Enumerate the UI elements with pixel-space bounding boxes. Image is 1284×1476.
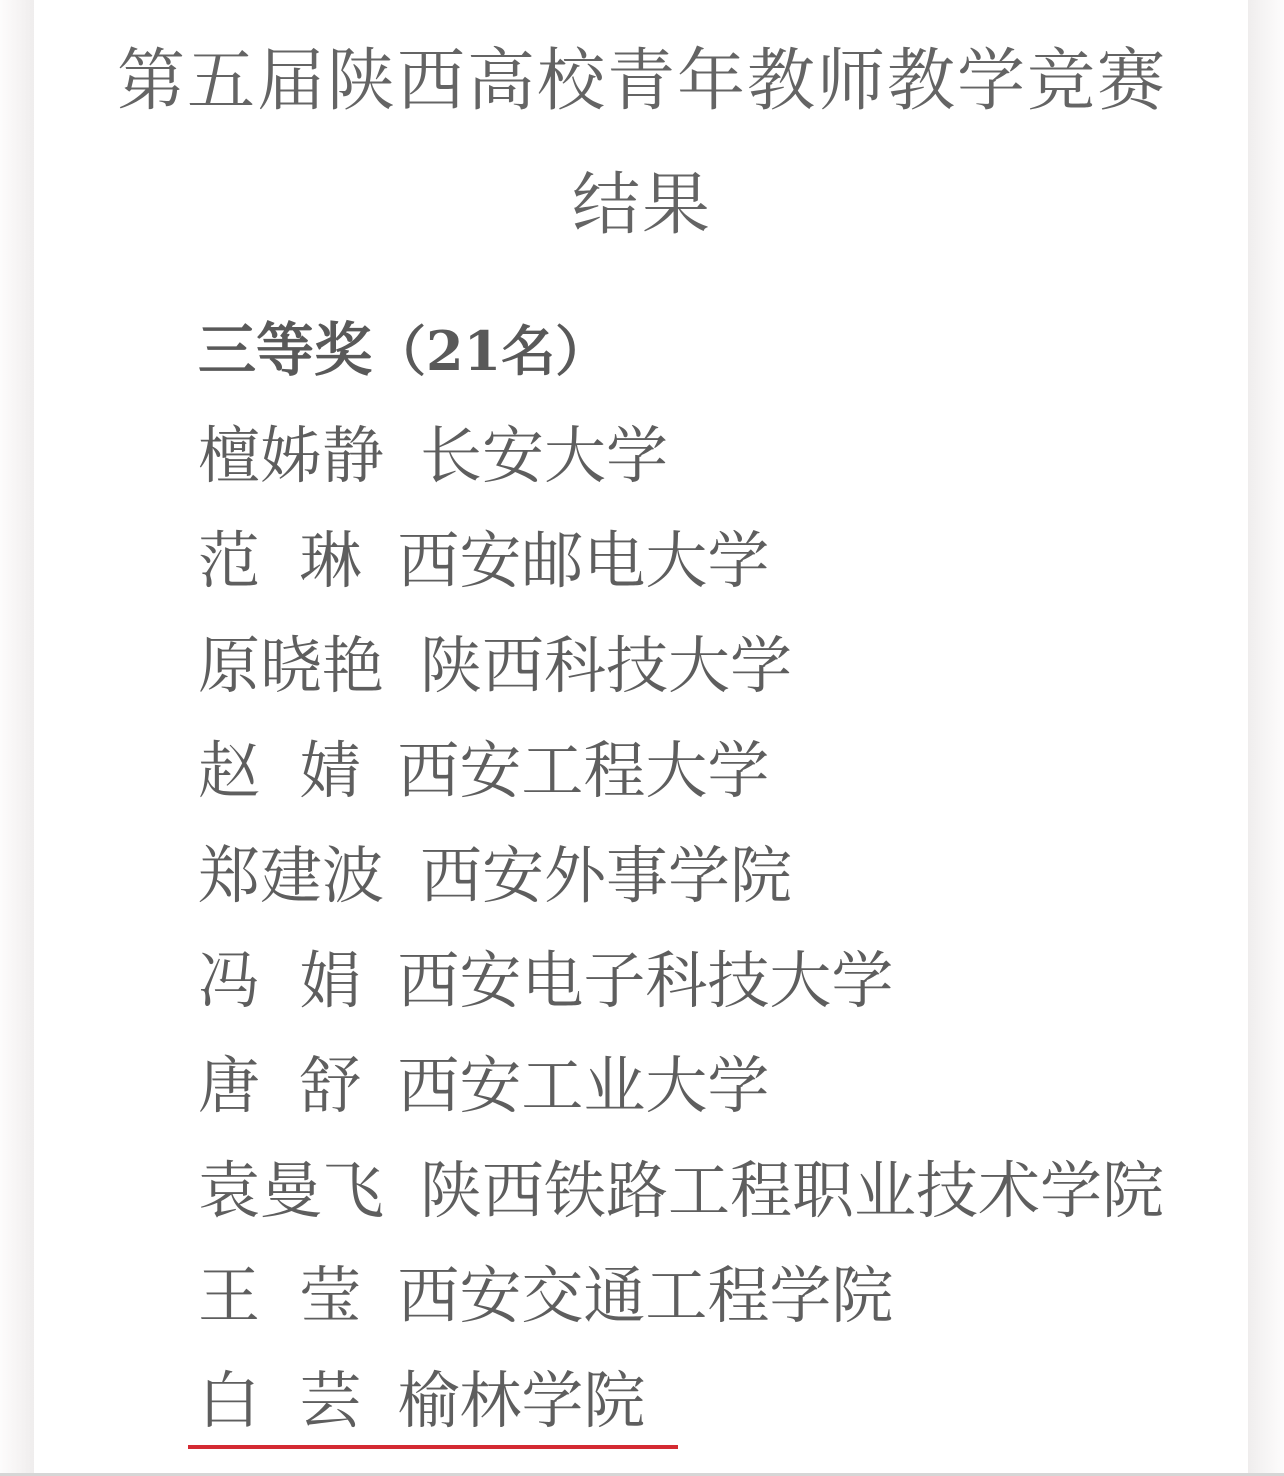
winner-school: 西安工业大学 [397,1050,769,1122]
winner-school: 榆林学院 [397,1365,645,1437]
winner-school: 西安邮电大学 [397,525,769,597]
award-count: （21名） [372,319,609,383]
winner-name: 檀姊静 [198,420,384,492]
document-title: 第五届陕西高校青年教师教学竞赛 结果 [0,20,1284,268]
winner-name: 王 莹 [198,1260,361,1332]
winner-row: 原晓艳 陕西科技大学 [198,630,1164,735]
winner-row: 赵 婧 西安工程大学 [198,735,1164,840]
red-underline-mark [188,1445,678,1449]
winner-name: 冯 娟 [198,945,361,1017]
winner-school: 陕西铁路工程职业技术学院 [420,1155,1164,1227]
winner-name: 郑建波 [198,840,384,912]
title-line-2: 结果 [0,144,1284,268]
winner-school: 西安工程大学 [397,735,769,807]
winner-row: 冯 娟 西安电子科技大学 [198,945,1164,1050]
winner-name: 袁曼飞 [198,1155,384,1227]
title-line-1: 第五届陕西高校青年教师教学竞赛 [0,20,1284,144]
winner-school: 西安电子科技大学 [397,945,893,1017]
winner-name: 原晓艳 [198,630,384,702]
winner-row: 白 芸 榆林学院 [198,1365,1164,1470]
winner-row: 檀姊静 长安大学 [198,420,1164,525]
winner-row: 王 莹 西安交通工程学院 [198,1260,1164,1365]
winner-row: 范 琳 西安邮电大学 [198,525,1164,630]
winner-row: 唐 舒 西安工业大学 [198,1050,1164,1155]
page: 第五届陕西高校青年教师教学竞赛 结果 三等奖（21名） 檀姊静 长安大学 范 琳… [0,0,1284,1476]
winners-list: 檀姊静 长安大学 范 琳 西安邮电大学 原晓艳 陕西科技大学 赵 婧 西安工程大… [198,420,1164,1470]
winner-school: 陕西科技大学 [420,630,792,702]
winner-school: 西安外事学院 [420,840,792,912]
winner-name: 范 琳 [198,525,361,597]
winner-name: 赵 婧 [198,735,361,807]
winner-school: 长安大学 [420,420,668,492]
winner-name: 白 芸 [198,1365,361,1437]
award-label: 三等奖 [198,316,372,384]
winner-row: 袁曼飞 陕西铁路工程职业技术学院 [198,1155,1164,1260]
winner-name: 唐 舒 [198,1050,361,1122]
award-heading: 三等奖（21名） [198,318,609,383]
winner-row: 郑建波 西安外事学院 [198,840,1164,945]
winner-school: 西安交通工程学院 [397,1260,893,1332]
